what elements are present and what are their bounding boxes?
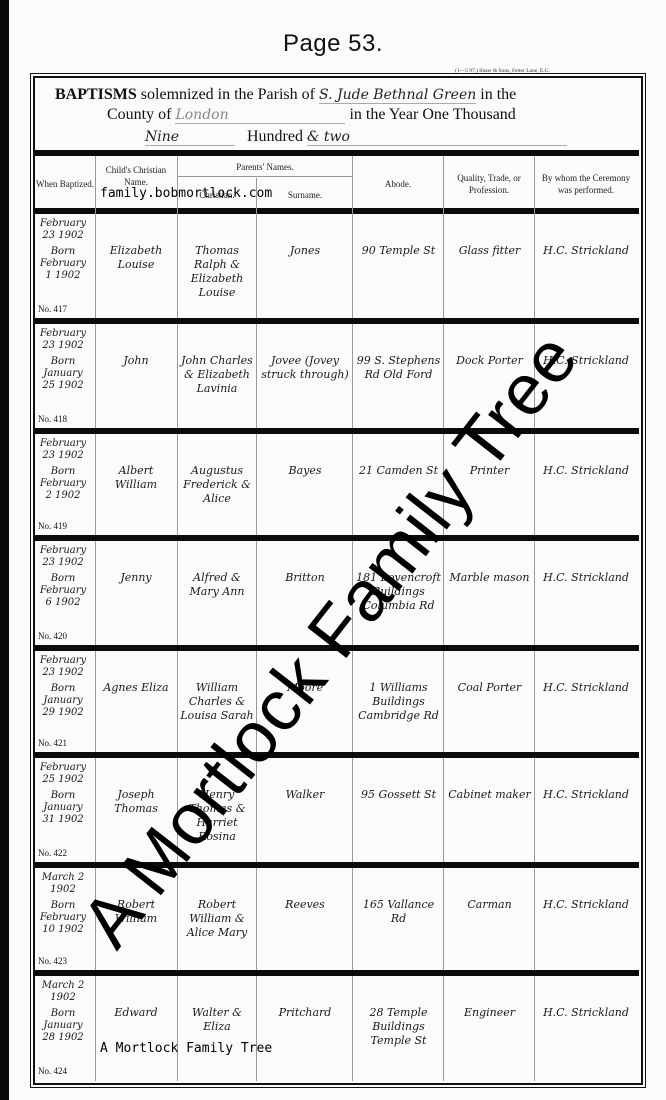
baptized-date-text: February 23 1902 — [36, 438, 90, 462]
parents-christian-names: Alfred & Mary Ann — [179, 571, 255, 599]
trade: Glass fitter — [445, 244, 534, 258]
header-line-1: BAPTISMS solemnized in the Parish of S. … — [55, 86, 516, 104]
entry-number: No. 422 — [38, 848, 67, 858]
baptized-date-text: February 23 1902 — [36, 218, 90, 242]
officiant: H.C. Strickland — [536, 788, 636, 802]
entry-number: No. 424 — [38, 1066, 67, 1076]
child-name: Elizabeth Louise — [97, 244, 175, 272]
officiant: H.C. Strickland — [536, 1006, 636, 1020]
baptized-date-text: February 25 1902 — [36, 762, 90, 786]
baptism-date: February 23 1902Born January 25 1902 — [36, 328, 90, 392]
col-abode: Abode. — [354, 158, 442, 210]
col-parents-names: Parents' Names. — [178, 158, 352, 177]
year-rest-value: & two — [307, 129, 567, 146]
child-name: John — [97, 354, 175, 368]
entry-number: No. 423 — [38, 956, 67, 966]
county-label: County of — [107, 106, 171, 123]
baptism-date: March 2 1902Born January 28 1902 — [36, 980, 90, 1044]
parents-christian-names: Thomas Ralph & Elizabeth Louise — [179, 244, 255, 300]
register-entry: March 2 1902Born January 28 1902No. 424E… — [36, 976, 638, 1080]
year-label: in the Year One Thousand — [349, 106, 515, 123]
entry-number: No. 420 — [38, 631, 67, 641]
abode: 99 S. Stephens Rd Old Ford — [354, 354, 443, 382]
abode: 165 Vallance Rd — [354, 898, 443, 926]
parents-christian-names: John Charles & Elizabeth Lavinia — [179, 354, 255, 396]
abode: 95 Gossett St — [354, 788, 443, 802]
officiant: H.C. Strickland — [536, 464, 636, 478]
officiant: H.C. Strickland — [536, 898, 636, 912]
register-entry: February 23 1902Born February 1 1902No. … — [36, 214, 638, 318]
baptism-date: February 23 1902Born February 6 1902 — [36, 545, 90, 609]
col-by-whom: By whom the Ceremony was performed. — [536, 158, 636, 210]
baptism-date: February 23 1902Born January 29 1902 — [36, 655, 90, 719]
officiant: H.C. Strickland — [536, 571, 636, 585]
baptism-date: February 23 1902Born February 1 1902 — [36, 218, 90, 282]
birth-date-text: Born January 31 1902 — [36, 790, 90, 826]
county-value: London — [175, 107, 345, 124]
hundred-label: Hundred — [247, 128, 303, 145]
col-when-baptized: When Baptized. — [36, 158, 94, 210]
surname: Jovee (Jovey struck through) — [258, 354, 352, 382]
trade: Carman — [445, 898, 534, 912]
surname: Jones — [258, 244, 352, 258]
site-watermark: family.bobmortlock.com — [100, 186, 272, 201]
birth-date-text: Born January 29 1902 — [36, 683, 90, 719]
year-hundreds-value: Nine — [145, 129, 235, 146]
col-quality-trade: Quality, Trade, or Profession. — [444, 158, 534, 210]
surname: Reeves — [258, 898, 352, 912]
baptized-date-text: February 23 1902 — [36, 328, 90, 352]
footer-watermark: A Mortlock Family Tree — [100, 1041, 272, 1056]
entry-number: No. 421 — [38, 738, 67, 748]
officiant: H.C. Strickland — [536, 681, 636, 695]
header-line-2: County of London in the Year One Thousan… — [107, 106, 516, 124]
child-name: Agnes Eliza — [97, 681, 175, 695]
officiant: H.C. Strickland — [536, 244, 636, 258]
abode: 90 Temple St — [354, 244, 443, 258]
line1-suffix: in the — [480, 86, 516, 103]
trade: Cabinet maker — [445, 788, 534, 802]
entry-number: No. 417 — [38, 304, 67, 314]
child-name: Albert William — [97, 464, 175, 492]
surname: Bayes — [258, 464, 352, 478]
page-number: Page 53. — [0, 30, 666, 58]
scan-edge — [0, 0, 9, 1100]
baptisms-heading: BAPTISMS — [55, 86, 137, 103]
birth-date-text: Born January 25 1902 — [36, 356, 90, 392]
abode: 28 Temple Buildings Temple St — [354, 1006, 443, 1048]
child-name: Jenny — [97, 571, 175, 585]
abode: 1 Williams Buildings Cambridge Rd — [354, 681, 443, 723]
register-entry: February 23 1902Born February 2 1902No. … — [36, 434, 638, 535]
parish-value: S. Jude Bethnal Green — [319, 87, 476, 104]
birth-date-text: Born February 2 1902 — [36, 466, 90, 502]
header-line-3: Nine Hundred & two — [145, 128, 567, 146]
baptism-date: February 23 1902Born February 2 1902 — [36, 438, 90, 502]
register-header: BAPTISMS solemnized in the Parish of S. … — [35, 78, 637, 154]
printer-imprint: (1—5 97.) Shaw & Sons, Fetter Lane, E.C. — [455, 68, 550, 74]
child-name: Edward — [97, 1006, 175, 1020]
baptized-date-text: February 23 1902 — [36, 545, 90, 569]
birth-date-text: Born February 6 1902 — [36, 573, 90, 609]
surname: Walker — [258, 788, 352, 802]
baptized-date-text: March 2 1902 — [36, 980, 90, 1004]
birth-date-text: Born January 28 1902 — [36, 1008, 90, 1044]
surname: Pritchard — [258, 1006, 352, 1020]
parents-christian-names: Walter & Eliza — [179, 1006, 255, 1034]
parents-christian-names: Augustus Frederick & Alice — [179, 464, 255, 506]
trade: Engineer — [445, 1006, 534, 1020]
trade: Marble mason — [445, 571, 534, 585]
header-divider — [35, 150, 639, 156]
parents-christian-names: Robert William & Alice Mary — [179, 898, 255, 940]
parish-label: solemnized in the Parish of — [141, 86, 315, 103]
trade: Coal Porter — [445, 681, 534, 695]
entry-number: No. 418 — [38, 414, 67, 424]
birth-date-text: Born February 1 1902 — [36, 246, 90, 282]
baptized-date-text: February 23 1902 — [36, 655, 90, 679]
baptism-date: February 25 1902Born January 31 1902 — [36, 762, 90, 826]
entry-number: No. 419 — [38, 521, 67, 531]
